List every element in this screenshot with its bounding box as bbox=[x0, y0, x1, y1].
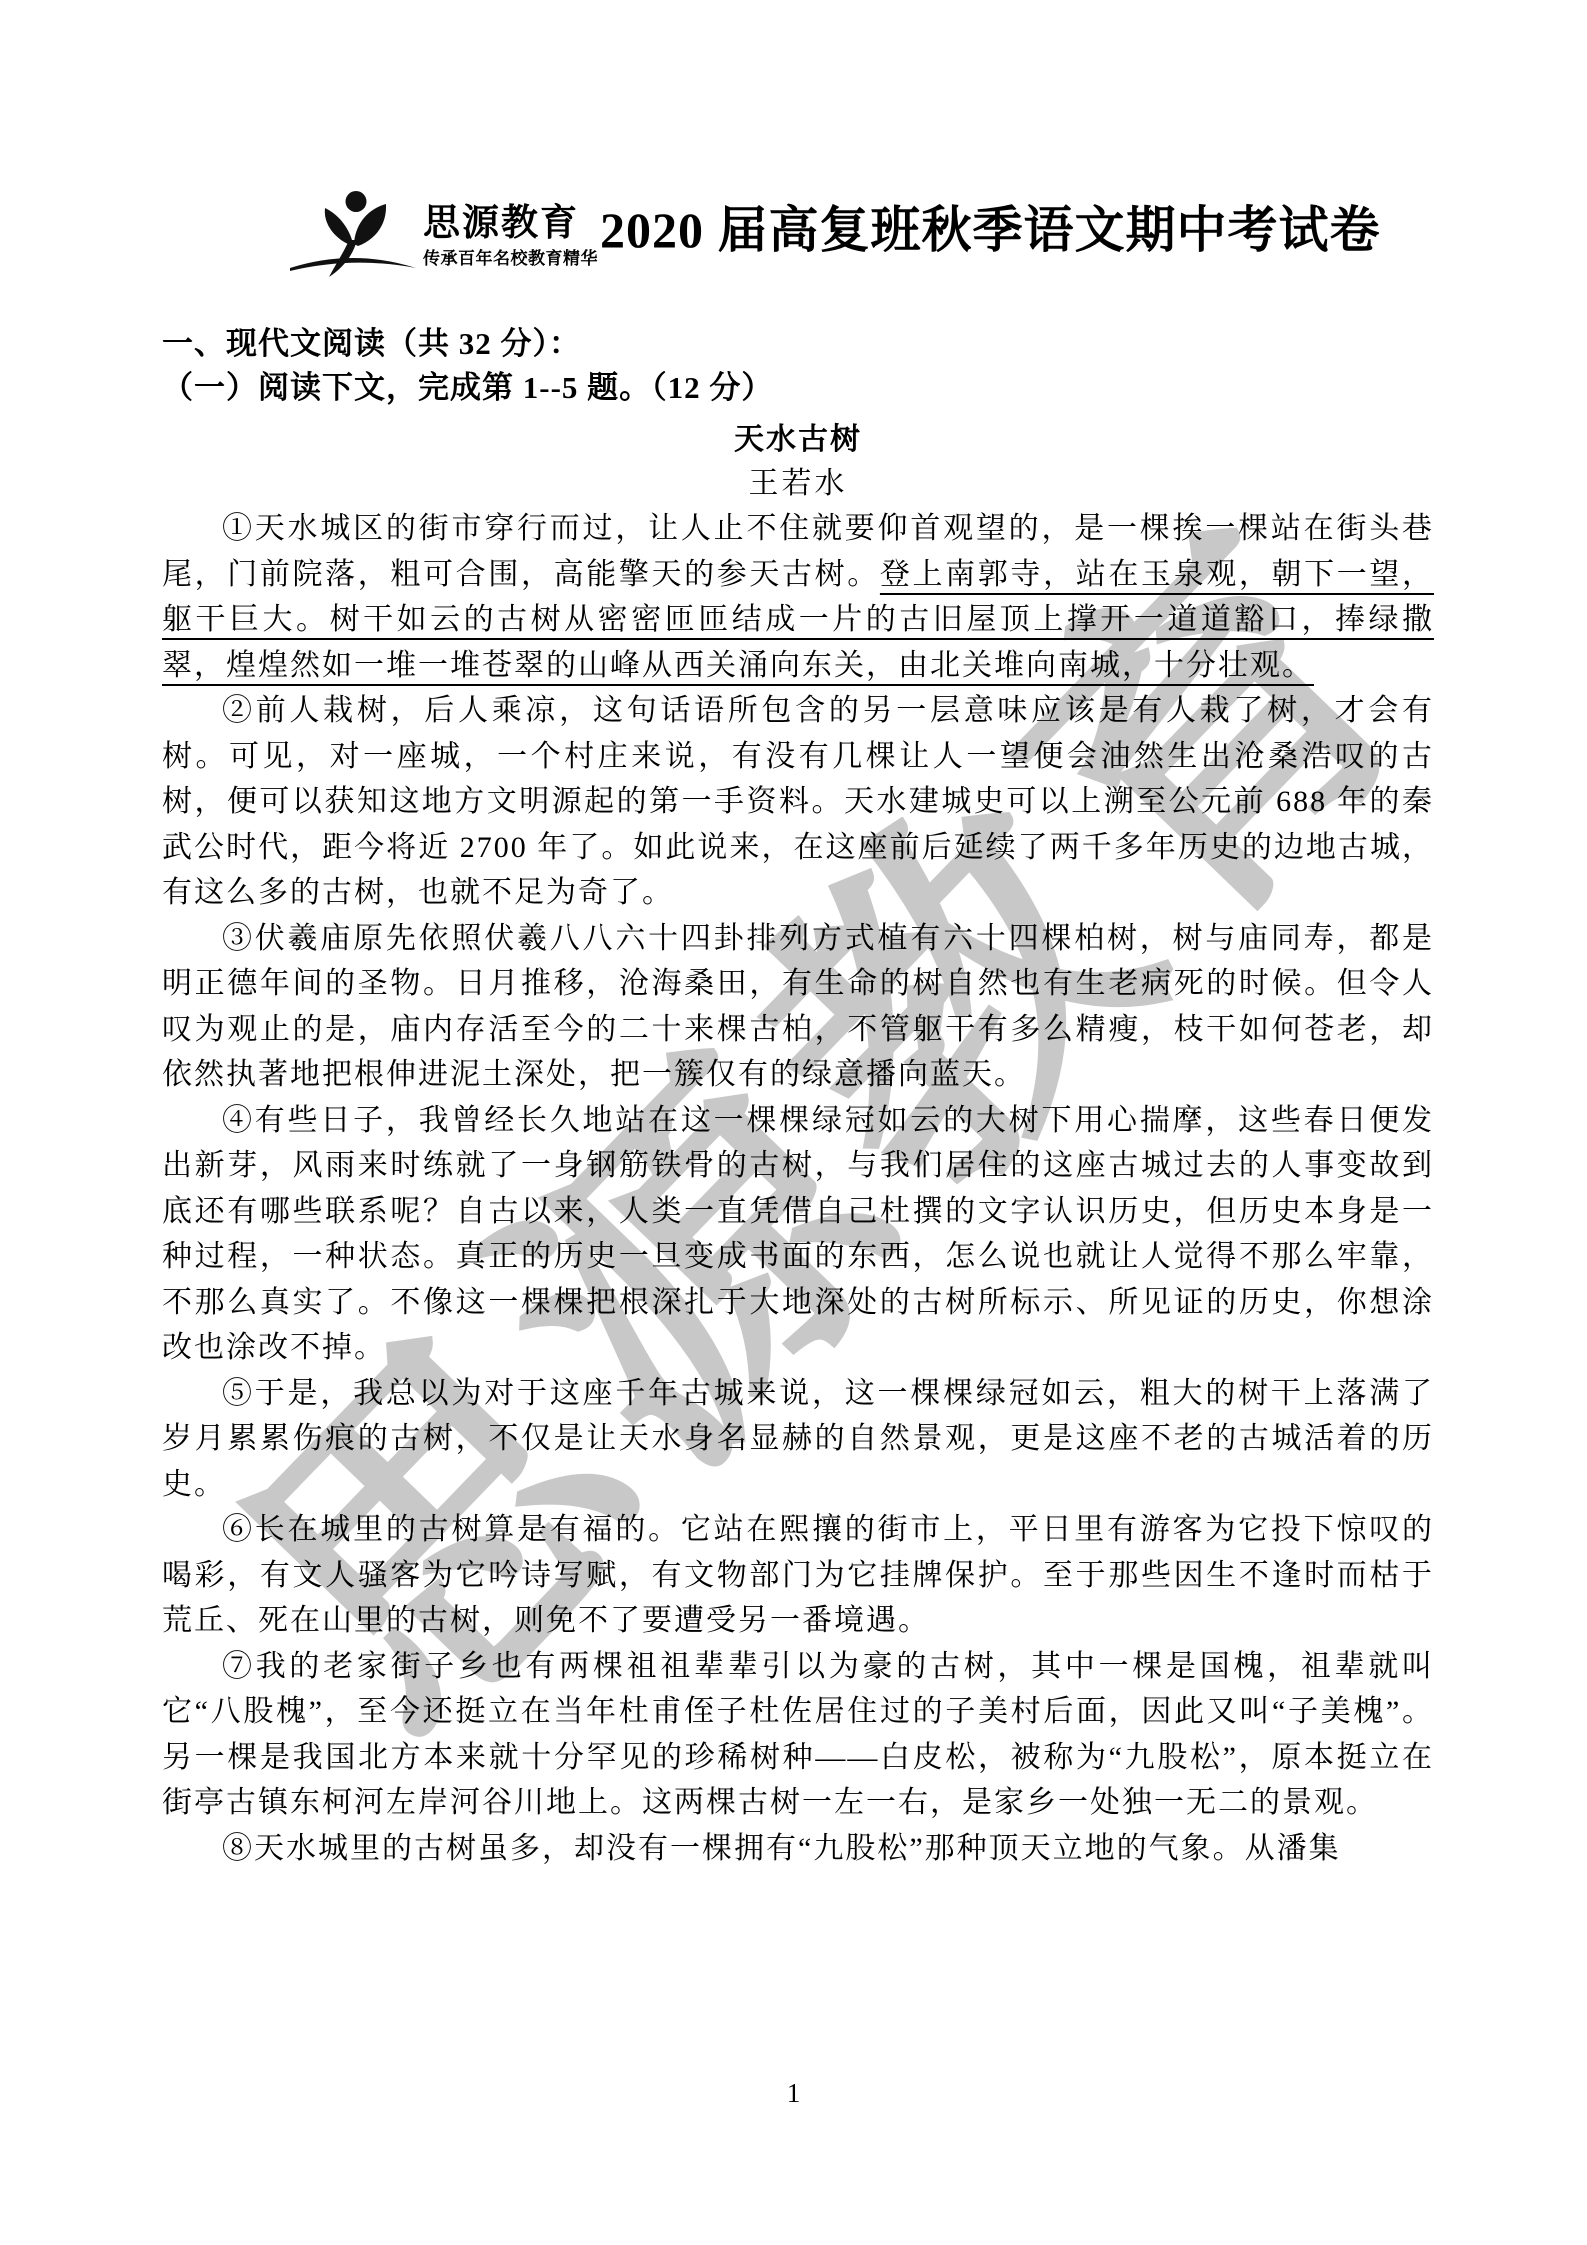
exam-paper-page: 思源教育 思源教育 传承百年名校教育精华 2020 届高复班秋季语文期中考试卷 … bbox=[0, 0, 1587, 2245]
passage-paragraph-2: ②前人栽树，后人乘凉，这句话语所包含的另一层意味应该是有人栽了树，才会有树。可见… bbox=[162, 688, 1434, 916]
paragraph-text: ③伏羲庙原先依照伏羲八八六十四卦排列方式植有六十四棵柏树，树与庙同寿，都是明正德… bbox=[162, 922, 1434, 1092]
passage-paragraph-6: ⑥长在城里的古树算是有福的。它站在熙攘的街市上，平日里有游客为它投下惊叹的喝彩，… bbox=[162, 1507, 1434, 1644]
paragraph-text: ⑦我的老家街子乡也有两棵祖祖辈辈引以为豪的古树，其中一棵是国槐，祖辈就叫它“八股… bbox=[162, 1650, 1434, 1820]
page-number: 1 bbox=[0, 2078, 1587, 2109]
section-heading: 一、现代文阅读（共 32 分）： bbox=[162, 322, 1434, 366]
subsection-heading: （一）阅读下文，完成第 1--5 题。（12 分） bbox=[162, 366, 1434, 410]
paragraph-text: ④有些日子，我曾经长久地站在这一棵棵绿冠如云的大树下用心揣摩，这些春日便发出新芽… bbox=[162, 1104, 1434, 1365]
document-title: 2020 届高复班秋季语文期中考试卷 bbox=[600, 198, 1381, 262]
passage-paragraph-5: ⑤于是，我总以为对于这座千年古城来说，这一棵棵绿冠如云，粗大的树干上落满了岁月累… bbox=[162, 1371, 1434, 1508]
paragraph-text: ⑧天水城里的古树虽多，却没有一棵拥有“九股松”那种顶天立地的气象。从潘集 bbox=[222, 1832, 1341, 1865]
passage-title: 天水古树 bbox=[162, 418, 1434, 462]
passage-paragraph-1: ①天水城区的街市穿行而过，让人止不住就要仰首观望的，是一棵挨一棵站在街头巷尾，门… bbox=[162, 506, 1434, 688]
siyuan-education-logo-icon bbox=[290, 188, 416, 280]
paragraph-text: ②前人栽树，后人乘凉，这句话语所包含的另一层意味应该是有人栽了树，才会有树。可见… bbox=[162, 694, 1434, 909]
paragraph-text: ⑤于是，我总以为对于这座千年古城来说，这一棵棵绿冠如云，粗大的树干上落满了岁月累… bbox=[162, 1377, 1434, 1501]
exam-content: 一、现代文阅读（共 32 分）： （一）阅读下文，完成第 1--5 题。（12 … bbox=[162, 322, 1434, 1871]
passage-paragraph-7: ⑦我的老家街子乡也有两棵祖祖辈辈引以为豪的古树，其中一棵是国槐，祖辈就叫它“八股… bbox=[162, 1644, 1434, 1826]
passage-paragraph-4: ④有些日子，我曾经长久地站在这一棵棵绿冠如云的大树下用心揣摩，这些春日便发出新芽… bbox=[162, 1098, 1434, 1371]
passage-author: 王若水 bbox=[162, 462, 1434, 506]
reading-passage: 天水古树 王若水 ①天水城区的街市穿行而过，让人止不住就要仰首观望的，是一棵挨一… bbox=[162, 418, 1434, 1871]
passage-paragraph-8: ⑧天水城里的古树虽多，却没有一棵拥有“九股松”那种顶天立地的气象。从潘集 bbox=[162, 1826, 1434, 1872]
paragraph-text: ⑥长在城里的古树算是有福的。它站在熙攘的街市上，平日里有游客为它投下惊叹的喝彩，… bbox=[162, 1513, 1434, 1637]
passage-paragraph-3: ③伏羲庙原先依照伏羲八八六十四卦排列方式植有六十四棵柏树，树与庙同寿，都是明正德… bbox=[162, 916, 1434, 1098]
